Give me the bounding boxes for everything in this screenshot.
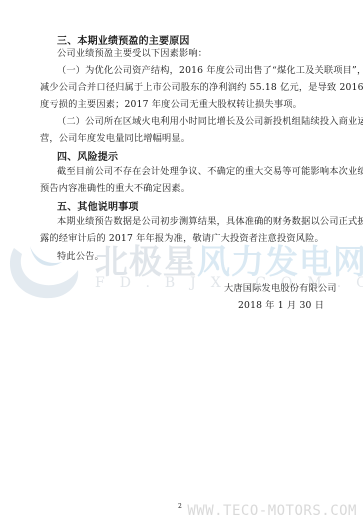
signature-company: 大唐国际发电股份有限公司 [224, 281, 337, 298]
closing-text: 特此公告。 [57, 249, 104, 266]
page-number: 2 [178, 503, 182, 510]
section-3-item2-line2: 营，公司年度发电量同比增幅明显。 [40, 131, 190, 148]
section-3-item1-line2: 减少公司合并口径归属于上市公司股东的净利润约 55.18 亿元，是导致 2016… [40, 80, 363, 97]
section-3-item2-line1: （二）公司所在区域火电利用小时同比增长及公司新投机组陆续投入商业运 [57, 114, 363, 131]
section-3-item1-line3: 度亏损的主要因素；2017 年度公司无重大股权转让损失事项。 [40, 97, 302, 114]
signature-date: 2018 年 1 月 30 日 [238, 298, 324, 315]
section-4-line2: 预告内容准确性的重大不确定因素。 [40, 181, 190, 198]
section-3-heading: 三、本期业绩预盈的主要原因 [57, 32, 190, 47]
section-3-item1-line1: （一）为优化公司资产结构，2016 年度公司出售了“煤化工及关联项目”， [57, 63, 363, 80]
section-5-heading: 五、其他说明事项 [57, 198, 139, 213]
section-4-line1: 截至目前公司不存在会计处理争议、不确定的重大交易等可能影响本次业绩 [57, 164, 363, 181]
document-page: 北极星风力发电网 FD.BJX.COM.CN 三、本期业绩预盈的主要原因 公司业… [0, 0, 363, 525]
section-3-intro: 公司业绩预盈主要受以下因素影响： [57, 46, 207, 63]
bottom-watermark: WWW.TECO-MOTORS.COM [187, 503, 357, 519]
section-5-line2: 露的经审计后的 2017 年年报为准，敬请广大投资者注意投资风险。 [40, 231, 324, 248]
section-4-heading: 四、风险提示 [57, 148, 118, 163]
section-5-line1: 本期业绩预告数据是公司初步测算结果，具体准确的财务数据以公司正式披 [57, 214, 363, 231]
